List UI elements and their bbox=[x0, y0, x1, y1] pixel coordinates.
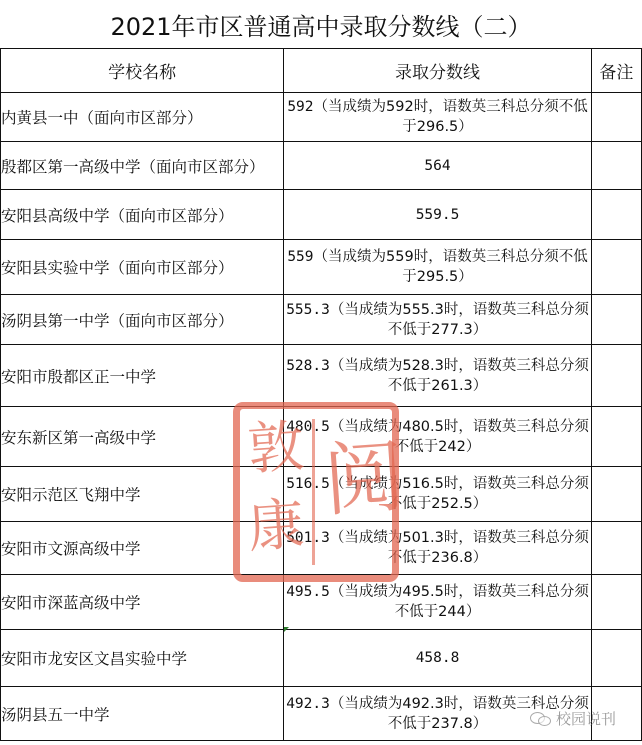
school-name-cell: 殷都区第一高级中学（面向市区部分） bbox=[1, 142, 284, 190]
table-row: 安阳示范区飞翔中学516.5（当成绩为516.5时，语数英三科总分须不低于252… bbox=[1, 467, 642, 522]
table-row: 安东新区第一高级中学480.5（当成绩为480.5时，语数英三科总分须不低于24… bbox=[1, 407, 642, 467]
score-condition: （当成绩为480.5时，语数英三科总分须不低于242） bbox=[330, 419, 589, 455]
score-cell: 555.3（当成绩为555.3时，语数英三科总分须不低于277.3） bbox=[284, 295, 591, 345]
score-value: 559.5 bbox=[416, 207, 460, 223]
score-condition: （当成绩为501.3时，语数英三科总分须不低于236.8） bbox=[330, 530, 589, 566]
score-condition: （当成绩为559时，语数英三科总分须不低于295.5） bbox=[314, 249, 588, 285]
school-name-cell: 安东新区第一高级中学 bbox=[1, 407, 284, 467]
school-name-cell: 安阳市龙安区文昌实验中学 bbox=[1, 630, 284, 687]
school-name-cell: 安阳市文源高级中学 bbox=[1, 522, 284, 575]
table-row: 安阳市殷都区正一中学528.3（当成绩为528.3时，语数英三科总分须不低于26… bbox=[1, 345, 642, 407]
score-condition: （当成绩为528.3时，语数英三科总分须不低于261.3） bbox=[330, 358, 589, 394]
page-title: 2021年市区普通高中录取分数线（二） bbox=[0, 0, 642, 48]
score-value: 480.5 bbox=[286, 419, 330, 435]
school-name-cell: 安阳县高级中学（面向市区部分） bbox=[1, 190, 284, 240]
score-value: 516.5 bbox=[286, 476, 330, 492]
school-name-cell: 汤阴县第一中学（面向市区部分） bbox=[1, 295, 284, 345]
score-cell: 564 bbox=[284, 142, 591, 190]
score-value: 495.5 bbox=[286, 584, 330, 600]
score-cell: 559.5 bbox=[284, 190, 591, 240]
score-cell: 480.5（当成绩为480.5时，语数英三科总分须不低于242） bbox=[284, 407, 591, 467]
score-cell: 495.5（当成绩为495.5时，语数英三科总分须不低于244） bbox=[284, 575, 591, 630]
school-name-cell: 安阳县实验中学（面向市区部分） bbox=[1, 240, 284, 295]
score-value: 592 bbox=[287, 99, 313, 115]
remarks-cell bbox=[591, 142, 641, 190]
header-remarks: 备注 bbox=[591, 49, 641, 93]
remarks-cell bbox=[591, 630, 641, 687]
watermark: 校园说刊 bbox=[530, 706, 616, 730]
school-name-cell: 内黄县一中（面向市区部分） bbox=[1, 93, 284, 142]
score-value: 458.8 bbox=[416, 650, 460, 666]
table-row: 殷都区第一高级中学（面向市区部分）564 bbox=[1, 142, 642, 190]
score-value: 528.3 bbox=[286, 358, 330, 374]
header-admission-score: 录取分数线 bbox=[284, 49, 591, 93]
wechat-icon bbox=[530, 710, 552, 726]
score-value: 564 bbox=[424, 158, 450, 174]
remarks-cell bbox=[591, 575, 641, 630]
remarks-cell bbox=[591, 93, 641, 142]
school-name-cell: 汤阴县五一中学 bbox=[1, 687, 284, 741]
table-row: 安阳县高级中学（面向市区部分）559.5 bbox=[1, 190, 642, 240]
score-condition: （当成绩为516.5时，语数英三科总分须不低于252.5） bbox=[330, 476, 589, 512]
remarks-cell bbox=[591, 467, 641, 522]
score-value: 492.3 bbox=[286, 696, 330, 712]
score-cell: 516.5（当成绩为516.5时，语数英三科总分须不低于252.5） bbox=[284, 467, 591, 522]
remarks-cell bbox=[591, 295, 641, 345]
table-row: 内黄县一中（面向市区部分）592（当成绩为592时，语数英三科总分须不低于296… bbox=[1, 93, 642, 142]
watermark-text: 校园说刊 bbox=[556, 708, 616, 729]
table-row: 安阳县实验中学（面向市区部分）559（当成绩为559时，语数英三科总分须不低于2… bbox=[1, 240, 642, 295]
score-condition: （当成绩为555.3时，语数英三科总分须不低于277.3） bbox=[330, 302, 589, 338]
remarks-cell bbox=[591, 240, 641, 295]
score-condition: （当成绩为592时，语数英三科总分须不低于296.5） bbox=[314, 99, 588, 135]
admission-score-table: 学校名称 录取分数线 备注 内黄县一中（面向市区部分）592（当成绩为592时，… bbox=[0, 48, 642, 741]
remarks-cell bbox=[591, 345, 641, 407]
table-row: 安阳市龙安区文昌实验中学458.8 bbox=[1, 630, 642, 687]
school-name-cell: 安阳示范区飞翔中学 bbox=[1, 467, 284, 522]
school-name-cell: 安阳市殷都区正一中学 bbox=[1, 345, 284, 407]
table-row: 汤阴县第一中学（面向市区部分）555.3（当成绩为555.3时，语数英三科总分须… bbox=[1, 295, 642, 345]
score-value: 501.3 bbox=[286, 530, 330, 546]
cell-comment-marker bbox=[284, 627, 289, 632]
table-row: 安阳市文源高级中学501.3（当成绩为501.3时，语数英三科总分须不低于236… bbox=[1, 522, 642, 575]
score-cell: 559（当成绩为559时，语数英三科总分须不低于295.5） bbox=[284, 240, 591, 295]
table-header-row: 学校名称 录取分数线 备注 bbox=[1, 49, 642, 93]
score-cell: 501.3（当成绩为501.3时，语数英三科总分须不低于236.8） bbox=[284, 522, 591, 575]
score-cell: 458.8 bbox=[284, 630, 591, 687]
remarks-cell bbox=[591, 522, 641, 575]
score-value: 555.3 bbox=[286, 302, 330, 318]
header-school-name: 学校名称 bbox=[1, 49, 284, 93]
table-row: 安阳市深蓝高级中学495.5（当成绩为495.5时，语数英三科总分须不低于244… bbox=[1, 575, 642, 630]
score-condition: （当成绩为495.5时，语数英三科总分须不低于244） bbox=[330, 584, 589, 620]
score-value: 559 bbox=[287, 249, 313, 265]
score-cell: 592（当成绩为592时，语数英三科总分须不低于296.5） bbox=[284, 93, 591, 142]
score-cell: 528.3（当成绩为528.3时，语数英三科总分须不低于261.3） bbox=[284, 345, 591, 407]
remarks-cell bbox=[591, 190, 641, 240]
school-name-cell: 安阳市深蓝高级中学 bbox=[1, 575, 284, 630]
remarks-cell bbox=[591, 407, 641, 467]
